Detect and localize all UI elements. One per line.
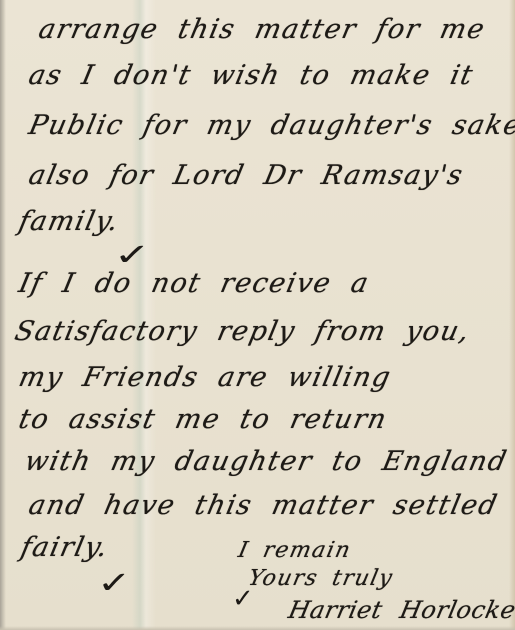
letter-line-2: as I don't wish to make it [26,60,477,91]
closing-line-2: Yours truly [246,566,396,591]
letter-line-7: Satisfactory reply from you, [12,316,473,347]
letter-line-1: arrange this matter for me [36,14,488,45]
letter-line-10: with my daughter to England [22,446,510,477]
letter-line-5: family. [16,206,122,237]
letter-line-4: also for Lord Dr Ramsay's [26,160,466,191]
letter-line-11: and have this matter settled [26,490,501,521]
letter-page: arrange this matter for me as I don't wi… [0,0,515,630]
letter-line-3: Public for my daughter's sake, [26,110,515,141]
signature: Harriet Horlocke [286,596,515,624]
checkmark-icon: ✓ [114,240,151,271]
letter-line-9: to assist me to return [16,404,390,435]
checkmark-icon: ✓ [97,568,131,599]
page-edge-right [509,0,515,630]
checkmark-icon: ✓ [232,586,254,612]
letter-line-8: my Friends are willing [16,362,394,393]
letter-line-6: If I do not receive a [16,268,372,299]
page-edge-left [0,0,6,630]
closing-line-1: I remain [236,538,354,563]
page-edge-bottom [0,626,515,630]
letter-line-12: fairly. [18,532,112,563]
